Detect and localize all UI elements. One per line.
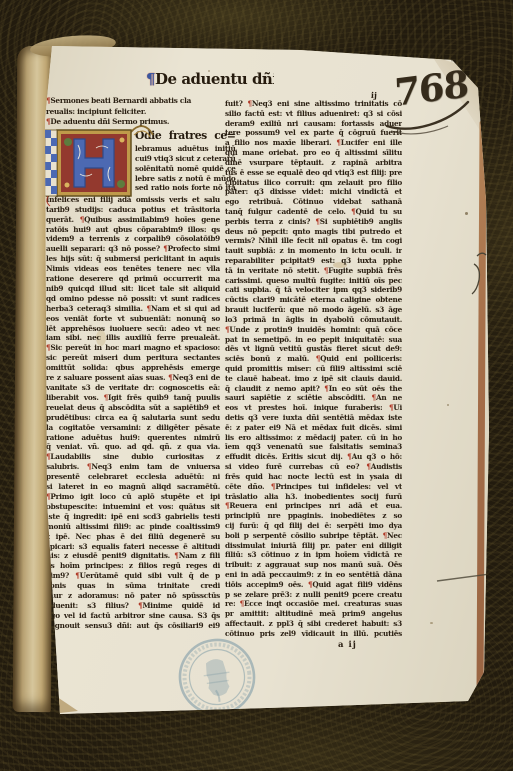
text-line: reuelat deus q̄ abscōdita sūt a sapiētib…	[46, 403, 220, 413]
text-line: vermis? Nihil ille fecit nil opatus ē. t…	[225, 236, 402, 246]
library-ink-stamp	[174, 634, 260, 720]
text-line: salubris. ¶Neq3 enim tam de vniuersa	[46, 462, 220, 472]
text-line: frēs quid hac nocte lectū est in ysaia d…	[225, 472, 402, 482]
text-line: eos vt prestes hoī. inique furaberis: ¶U…	[225, 403, 402, 413]
text-line: tus ē esse se equalē deo qd vtiq3 est fi…	[225, 168, 402, 178]
text-line: q̄ claudit z nemo apit? ¶In eo sūt oēs t…	[225, 384, 402, 394]
text-line: brauit luciferū: que nō modo āgelū. s3 ā…	[225, 305, 402, 315]
text-line: re z saluare possent aīas suas. ¶Neq3 en…	[46, 373, 220, 383]
text-line: querāt. ¶Quibus assimilabim9 hoīes gene	[46, 215, 220, 225]
text-line: ratione aduētus hui9: querentes nimirū	[46, 433, 220, 443]
text-line: cognouit sensu3 dñi: aut q̄s cōsiliari9 …	[46, 621, 220, 631]
text-line: a filio nos maxīe liberari. ¶Lucifer eni…	[225, 138, 402, 148]
pencil-folio-number: 2	[449, 49, 459, 64]
text-line: dinē vsurpare tēptauit. z rapinā arbitra	[225, 158, 402, 168]
text-line: eni in adā peccauim9: z in eo sentētiā d…	[225, 570, 402, 580]
text-line: obstupescite: intuemini et vos: quātus s…	[46, 502, 220, 512]
text-line: dissimulat iniuriā filij pr. pater eni d…	[225, 541, 402, 551]
text-line: lis ero altissimo: z mēdacij pater. cū i…	[225, 433, 402, 443]
text-line: spicari: s3 equalis fateri necesse ē alt…	[46, 542, 220, 552]
text-line: si lateret in eo magnū aliqd sacramētū.	[46, 482, 220, 492]
illuminated-initial-artwork	[44, 122, 156, 208]
text-line: ¶Sic pereūt in hoc mari magno et spacios…	[46, 343, 220, 353]
text-line: os hoīm principes: z filios regū reges d…	[46, 561, 220, 571]
text-line: moniū altissimi fili9: ac pinde coaltiss…	[46, 522, 220, 532]
text-line: pater: q3 dixisse videt: michi vindictā …	[225, 187, 402, 197]
text-line: ē: z pater ei9 Nā et mēdax fuit dicēs. s…	[225, 423, 402, 433]
text-line: lo3 primā in āglis in dyabolū cōmutauit.	[225, 315, 402, 325]
text-line: detis q3 vere iuxta dñi sentētiā mēdax i…	[225, 413, 402, 423]
text-line: si video furē currebas cū eo? ¶Audistis	[225, 462, 402, 472]
text-line: sonis quas in sūma trinitate credi	[46, 581, 220, 591]
text-line: trāslatio alia h3. inobedientes socij fu…	[225, 492, 402, 502]
red-fore-edge	[476, 120, 486, 695]
text-line: ¶Laudabilis sine dubio curiositas z	[46, 452, 220, 462]
text-line: fuit? ¶Neq3 eni sine altissimo trinitati…	[225, 99, 402, 109]
text-line: herba3 ceteraq3 similia. ¶Nam et si qui …	[46, 304, 220, 314]
text-line: ¶Primo igit loco cū aplō stupēte et ipi	[46, 492, 220, 502]
text-line: ¶Unde z protin9 inuidēs homini: quā cōce	[225, 325, 402, 335]
text-line: q̄ veniat. vñ. quo. ad qd. qñ. z qua via…	[46, 442, 220, 452]
text-line: ratione deserere qd primū occurrerit ma	[46, 274, 220, 284]
book-page: ¶De aduentu dñi ij ¶Sermones beati Berna…	[0, 0, 513, 771]
text-line: iam sibi. nec illis auxiliū ferre preual…	[46, 333, 220, 343]
text-line: les hijs sūt: q̄ submersi periclitant in…	[46, 254, 220, 264]
text-line: mur z adoramus: nō pater nō spūssctūs	[46, 591, 220, 601]
text-line: aduenit: s3 filius? ¶Minime quidē id	[46, 601, 220, 611]
text-line: nis: z eiusdē penit9 dignitatis. ¶Nam z …	[46, 551, 220, 561]
manuscript-photograph: ¶De aduentu dñi ij ¶Sermones beati Berna…	[0, 0, 513, 771]
text-line: cati supbia. q̄ tā velociter ipm qq3 sid…	[225, 285, 402, 295]
ink-speck	[465, 212, 468, 215]
opening-row: Odie fratres ce= lebramus aduētus initiū…	[46, 128, 220, 195]
text-line: omittūt solida: qbus apprehēsis emerge	[46, 363, 220, 373]
text-line: ¶Reuera eni principes nri adā et eua.	[225, 501, 402, 511]
text-line: ¶Sermones beati Bernardi abbatis cla	[46, 96, 220, 107]
text-line: cūctis clari9 micātē eterna caligine obt…	[225, 295, 402, 305]
text-line: re: ¶Ecce inqt occasiōe mei. creaturas s…	[225, 599, 402, 609]
text-line: ratōis hui9 aut qbus cōparabim9 illos: q…	[46, 225, 220, 235]
text-line: tā in veritate nō stetit. ¶Fugite supbiā…	[225, 266, 402, 276]
text-line: principiū nre ppaginis. inobediētes z so	[225, 511, 402, 521]
text-line: sciēs bonū z malū. ¶Quid eni polliceris:	[225, 354, 402, 364]
text-line: quid promittis miser: cū fili9 altissimi…	[225, 364, 402, 374]
text-line: filiū: s3 cōtinuo z in ipm hoīem vīdictā…	[225, 550, 402, 560]
text-line: cim9? ¶Uerūtamē quid sibi vult q̄ de p	[46, 571, 220, 581]
text-line: Nimis videas eos tenētes tenere nec vlla	[46, 264, 220, 274]
text-line: iste q̄ ingredit: ipē eni scd3 gabrielis…	[46, 512, 220, 522]
text-line: cij furū: q̄ qd filij dei ē: serpēti imo…	[225, 521, 402, 531]
text-line: te clauē habeat. imo z ipē sit clauis da…	[225, 374, 402, 384]
text-line: silio factū est: vt filius adueniret: q3…	[225, 109, 402, 119]
text-line: ego retribuā. Cōtinuo videbat sathanā	[225, 197, 402, 207]
ink-speck	[447, 404, 449, 406]
text-line: lēt apprehēsos iuoluere secū: adeo vt ne…	[46, 324, 220, 334]
text-line: affectauit. z ppl3 q̄ sibi crederet habu…	[225, 619, 402, 629]
text-line: perbis terra z cinis? ¶Si supbiētib9 ang…	[225, 217, 402, 227]
text-line: la cogitatōe versamini: z diligēter pēsa…	[46, 423, 220, 433]
text-line: deus nō pepcit: qnto magis tibi putredo …	[225, 227, 402, 237]
text-line: qd omino pdesse nō possit: vt sunt radic…	[46, 294, 220, 304]
text-line: liberabit vos. ¶Igit frēs quib9 tanq̄ pu…	[46, 393, 220, 403]
text-line: qui mane oriebat. pro eo q̄ altissimi sī…	[225, 148, 402, 158]
text-line: nib9 quicqd illud sit: licet tale sit al…	[46, 284, 220, 294]
text-line: eos veniāt forte vt subueniāt: nonunq̄ s…	[46, 314, 220, 324]
text-line: effudit dicēs. Eritis sicut dij. ¶Au q3 …	[225, 452, 402, 462]
text-line: tere possum9 vel ex parte q̄ cōgruū fuer…	[225, 128, 402, 138]
text-line: deram9 exiliū nri causam: fortassis adue…	[225, 119, 402, 129]
quire-signature: a ij	[338, 640, 357, 650]
text-line: īem qq3 venenatū sue falsitatis semina3	[225, 442, 402, 452]
text-line: ego vel id factū arbitror sine causa. S3…	[46, 611, 220, 621]
text-line: carissimi. queso multū fugite: initiū oī…	[225, 276, 402, 286]
text-line: boli p serpentē cōsilio subripe tēptāt. …	[225, 531, 402, 541]
text-line: auelli separari: q3 nō posse? ¶Profecto …	[46, 244, 220, 254]
left-column-body: Infelices eni filij adā omissis veris et…	[46, 195, 220, 631]
text-line: reualis: incipiunt feliciter.	[46, 107, 220, 118]
text-line: reparabiliter pcipitat9 est: q3 iuxta pp…	[225, 256, 402, 266]
text-line: cēte dño. ¶Principes tui infideles: vel …	[225, 482, 402, 492]
text-line: pat in semetipō. in eo pepit iniquitatē:…	[225, 335, 402, 345]
text-column-right: fuit? ¶Neq3 eni sine altissimo trinitati…	[225, 99, 402, 639]
illuminated-initial-H	[44, 128, 132, 195]
running-title: ¶De aduentu dñi	[146, 70, 274, 88]
text-column-left: ¶Sermones beati Bernardi abbatis clareua…	[46, 96, 220, 631]
text-line: sic pereūt miseri dum peritura sectantes	[46, 353, 220, 363]
text-line: p se zelare prē3: z nulli penit9 pcere c…	[225, 590, 402, 600]
handwritten-foliation: 768	[394, 61, 469, 114]
text-line: prudētibus: circa ea q̄ salutaria sunt s…	[46, 413, 220, 423]
text-line: presentē celebraret ecclesia aduētū: ni	[46, 472, 220, 482]
text-line: tiōis accepim9 oēs. ¶Quid agat fili9 vid…	[225, 580, 402, 590]
text-line: sauri sapiētie z sciētie abscōditi. ¶An …	[225, 393, 402, 403]
ink-speck	[430, 622, 433, 624]
text-line: tauit supbiā: z in momento in ictu oculi…	[225, 246, 402, 256]
text-line: pr amittit: altitudinē meā prim9 angelus	[225, 609, 402, 619]
text-line: tanq̄ fulgur cadentē de celo. ¶Quid tu s…	[225, 207, 402, 217]
text-line: videm9 a terrenis z corpalib9 cōsolatōib…	[46, 234, 220, 244]
text-line: dēs vt lignū vetitū gustās fieret sicut …	[225, 344, 402, 354]
text-line: cipitatus ilico corruit: qm zelauit pro …	[225, 178, 402, 188]
text-line: vanitate s3 de veritate dr: cognoscetis …	[46, 383, 220, 393]
text-line: z ipē. Nec phas ē dei filiū degenerē su	[46, 532, 220, 542]
damaged-corner	[50, 694, 78, 714]
text-line: tribuit: z aggrauat sup nos manū suā. Oē…	[225, 560, 402, 570]
